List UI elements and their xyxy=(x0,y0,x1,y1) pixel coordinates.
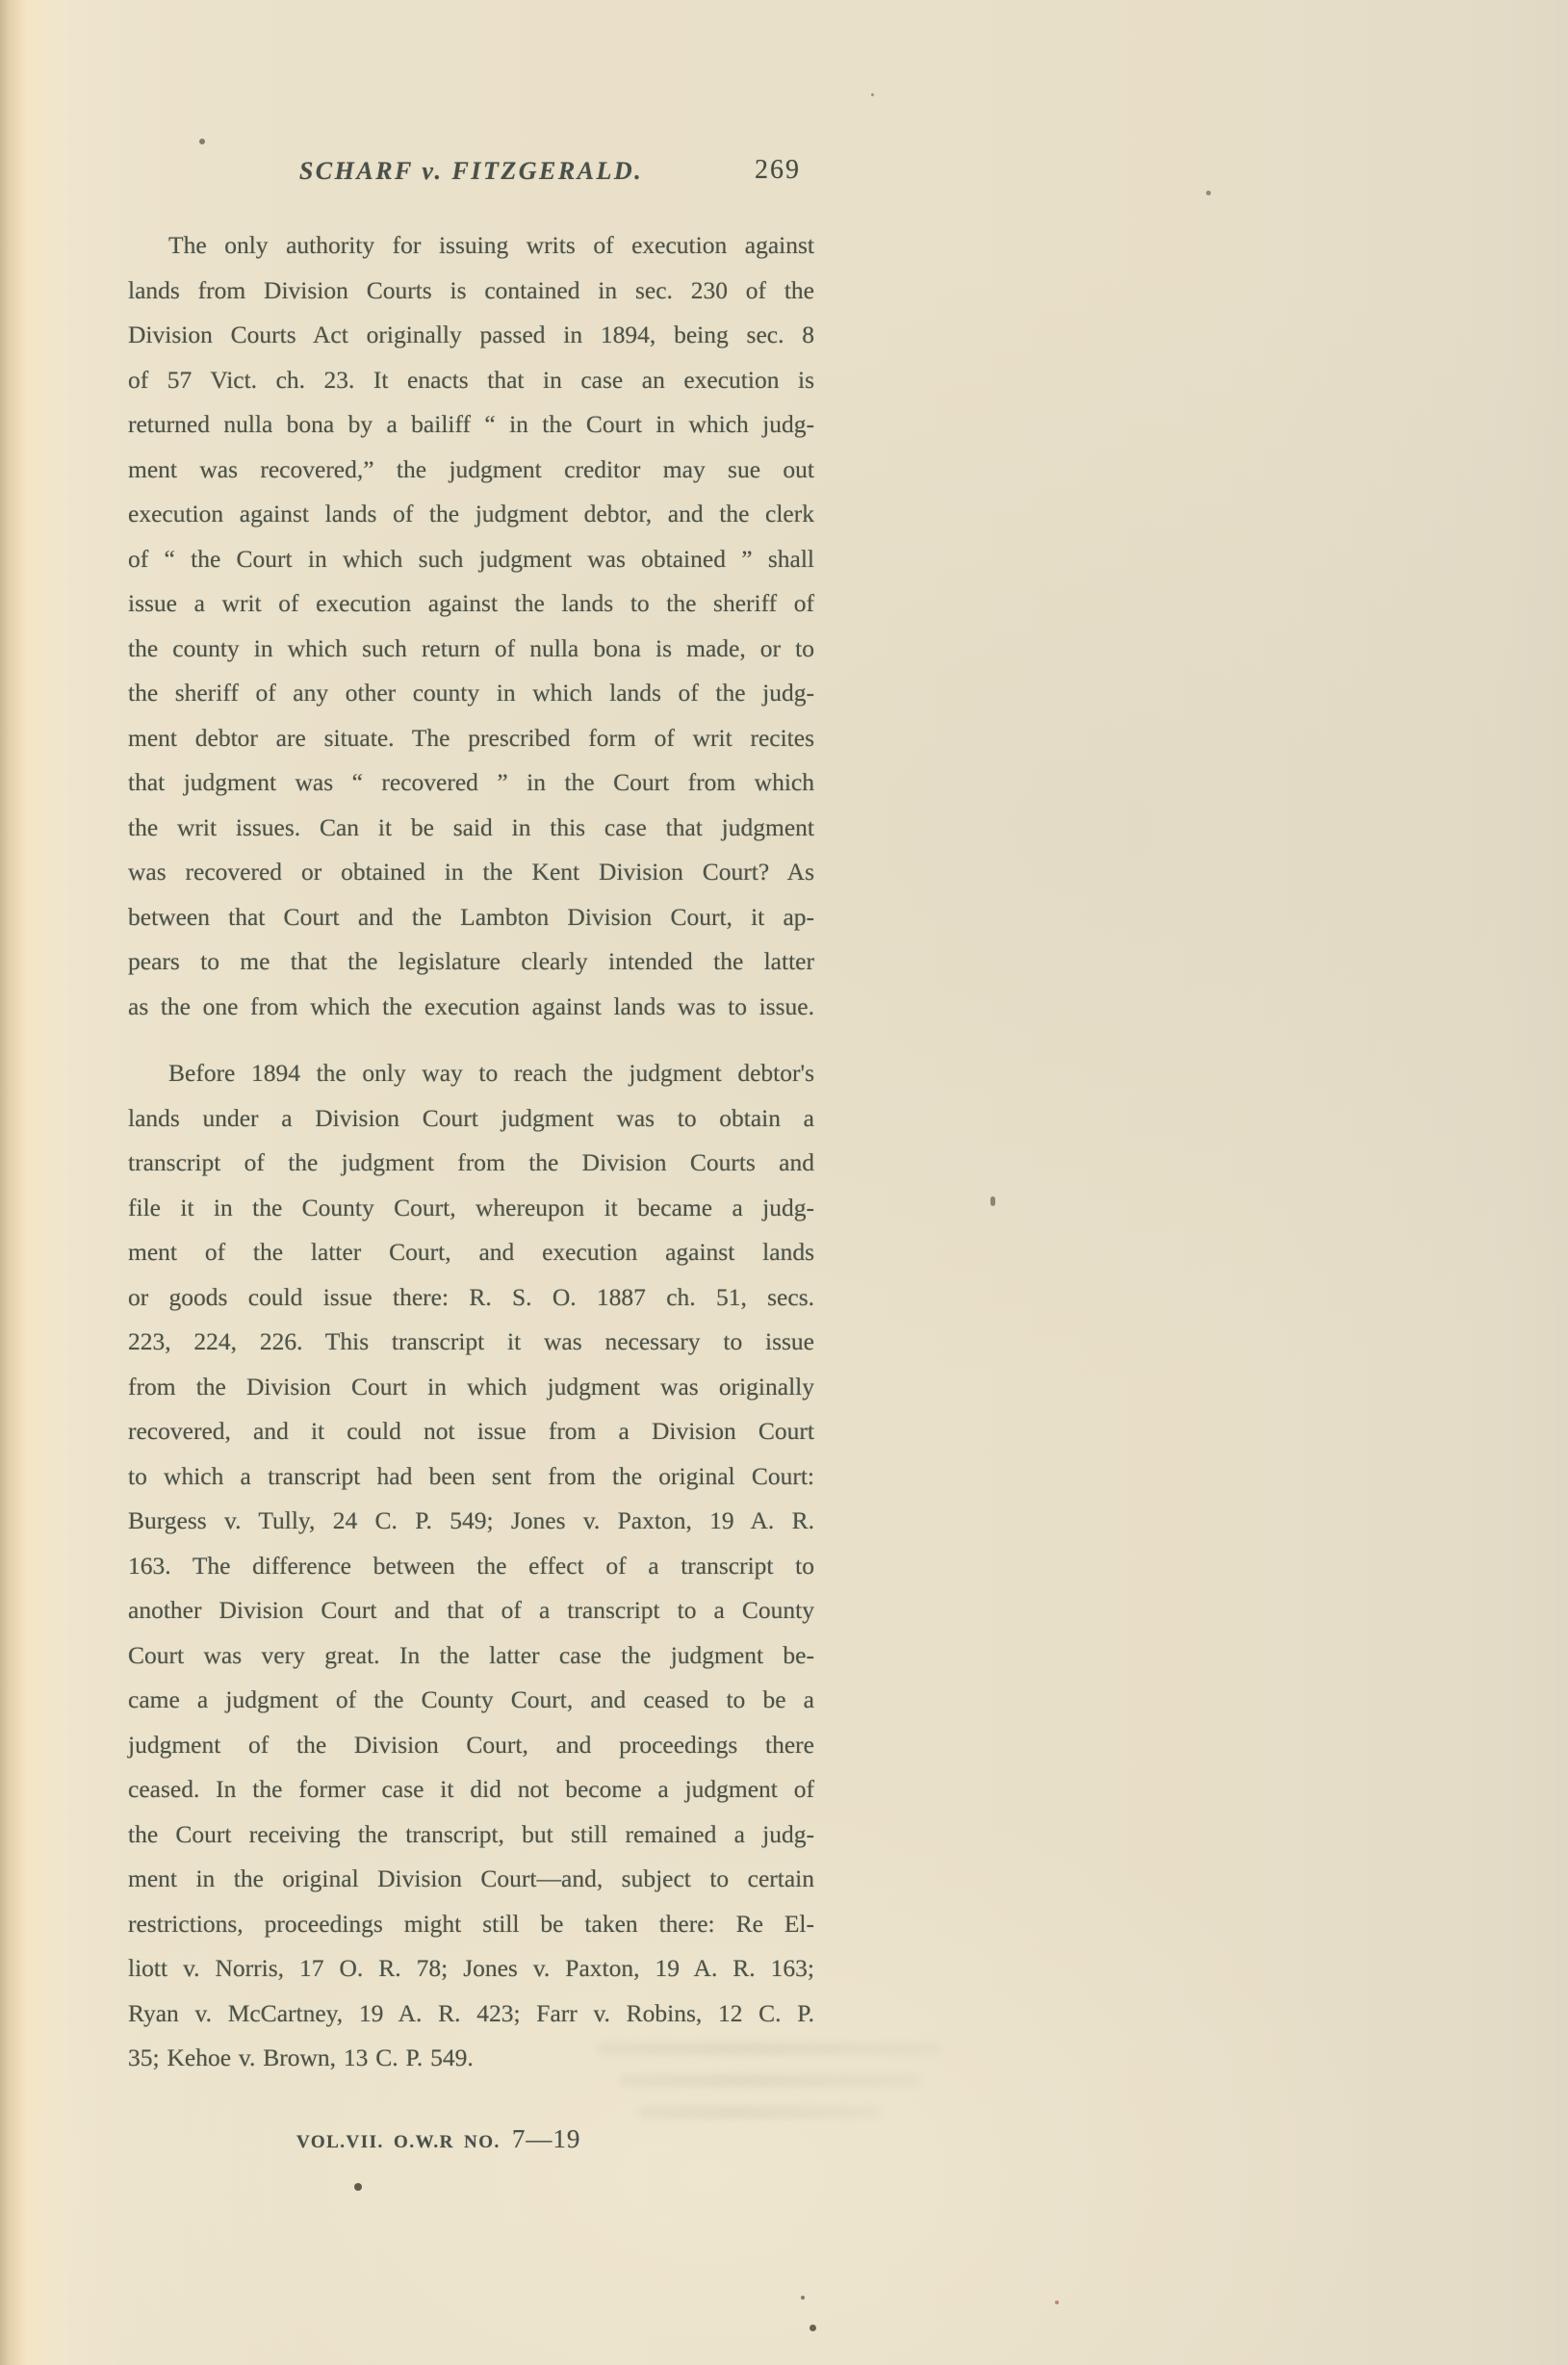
text-line: the county in which such return of nulla… xyxy=(128,627,814,672)
case-title: SCHARF v. FITZGERALD. xyxy=(128,157,814,186)
paper-speck xyxy=(990,1196,995,1206)
text-line: ment debtor are situate. The prescribed … xyxy=(128,716,814,761)
text-line: pears to me that the legislature clearly… xyxy=(128,939,814,985)
text-line: file it in the County Court, whereupon i… xyxy=(128,1186,814,1231)
volume-label: VOL.VII. O.W.R NO. xyxy=(296,2132,501,2152)
text-line: lands under a Division Court judgment wa… xyxy=(128,1096,814,1142)
text-line: execution against lands of the judgment … xyxy=(128,492,814,537)
paper-speck xyxy=(354,2183,362,2191)
paper-speck xyxy=(871,93,874,96)
text-line: the sheriff of any other county in which… xyxy=(128,671,814,716)
text-line: from the Division Court in which judgmen… xyxy=(128,1365,814,1410)
running-header: SCHARF v. FITZGERALD. 269 xyxy=(128,157,814,195)
text-line: transcript of the judgment from the Divi… xyxy=(128,1141,814,1186)
paper-speck xyxy=(1206,191,1211,195)
text-line: 223, 224, 226. This transcript it was ne… xyxy=(128,1320,814,1365)
text-line: Before 1894 the only way to reach the ju… xyxy=(128,1051,814,1096)
text-line: as the one from which the execution agai… xyxy=(128,985,814,1030)
text-line: the writ issues. Can it be said in this … xyxy=(128,806,814,851)
text-line: lands from Division Courts is contained … xyxy=(128,269,814,314)
text-line: issue a writ of execution against the la… xyxy=(128,581,814,627)
text-line: The only authority for issuing writs of … xyxy=(128,223,814,269)
paper-speck xyxy=(199,139,205,144)
text-line: of 57 Vict. ch. 23. It enacts that in ca… xyxy=(128,358,814,403)
text-line: restrictions, proceedings might still be… xyxy=(128,1902,814,1947)
text-line: ment was recovered,” the judgment credit… xyxy=(128,448,814,493)
text-line: returned nulla bona by a bailiff “ in th… xyxy=(128,402,814,448)
text-line: or goods could issue there: R. S. O. 188… xyxy=(128,1275,814,1321)
text-line: ment in the original Division Court—and,… xyxy=(128,1857,814,1902)
text-line: Court was very great. In the latter case… xyxy=(128,1633,814,1679)
paper-speck xyxy=(1055,2301,1059,2304)
paragraph: The only authority for issuing writs of … xyxy=(128,223,814,1029)
text-line: judgment of the Division Court, and proc… xyxy=(128,1723,814,1768)
issue-number: 7—19 xyxy=(512,2124,581,2153)
text-line: 163. The difference between the effect o… xyxy=(128,1544,814,1589)
text-line: between that Court and the Lambton Divis… xyxy=(128,895,814,940)
paper-speck xyxy=(801,2296,805,2300)
text-line: Ryan v. McCartney, 19 A. R. 423; Farr v.… xyxy=(128,1992,814,2037)
bleed-through-text xyxy=(597,2043,943,2158)
text-line: was recovered or obtained in the Kent Di… xyxy=(128,850,814,895)
text-line: liott v. Norris, 17 O. R. 78; Jones v. P… xyxy=(128,1946,814,1992)
volume-footer: VOL.VII. O.W.R NO. 7—19 xyxy=(296,2124,580,2154)
text-line: ceased. In the former case it did not be… xyxy=(128,1767,814,1812)
body-text: The only authority for issuing writs of … xyxy=(128,223,814,2103)
text-line: the Court receiving the transcript, but … xyxy=(128,1812,814,1858)
text-line: Division Courts Act originally passed in… xyxy=(128,313,814,358)
text-line: Burgess v. Tully, 24 C. P. 549; Jones v.… xyxy=(128,1499,814,1544)
paragraph: Before 1894 the only way to reach the ju… xyxy=(128,1051,814,2081)
book-page: SCHARF v. FITZGERALD. 269 The only autho… xyxy=(0,0,1568,2365)
paper-speck xyxy=(810,2325,816,2331)
text-line: of “ the Court in which such judgment wa… xyxy=(128,537,814,582)
text-line: came a judgment of the County Court, and… xyxy=(128,1678,814,1723)
text-line: to which a transcript had been sent from… xyxy=(128,1454,814,1500)
text-line: that judgment was “ recovered ” in the C… xyxy=(128,760,814,806)
page-number: 269 xyxy=(755,155,801,186)
text-line: recovered, and it could not issue from a… xyxy=(128,1409,814,1454)
text-line: another Division Court and that of a tra… xyxy=(128,1588,814,1633)
text-line: ment of the latter Court, and execution … xyxy=(128,1230,814,1275)
